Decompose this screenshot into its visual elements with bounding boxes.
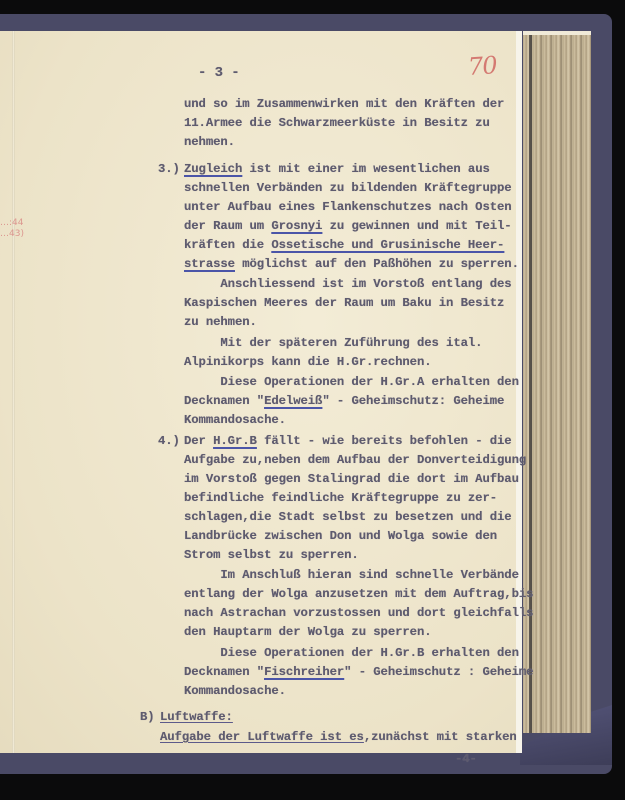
codename-edelweiss: Edelweiß [264, 394, 322, 408]
text: " - Geheimschutz: Geheime [322, 394, 504, 408]
item4-para3-line-1: Diese Operationen der H.Gr.B erhalten de… [184, 644, 519, 663]
text: Decknamen " [184, 665, 264, 679]
text: kräften die [184, 238, 271, 252]
margin-annotation: …:44 …43) [0, 218, 14, 240]
text: ist mit einer im wesentlichen aus [242, 162, 490, 176]
item4-line-6: Landbrücke zwischen Don und Wolga sowie … [184, 527, 497, 546]
page-edges-stack [523, 33, 591, 733]
item3-para2-line-3: zu nehmen. [184, 313, 257, 332]
intro-line-1: und so im Zusammenwirken mit den Kräften… [184, 95, 504, 114]
item3-para2-line-1: Anschliessend ist im Vorstoß entlang des [184, 275, 512, 294]
item3-line-2: schnellen Verbänden zu bildenden Kräfteg… [184, 179, 512, 198]
section-b-line-1: Aufgabe der Luftwaffe ist es,zunächst mi… [160, 728, 517, 747]
item4-para2-line-2: entlang der Wolga anzusetzen mit dem Auf… [184, 585, 533, 604]
continuation-marker: -4- [455, 750, 477, 769]
item4-line-7: Strom selbst zu sperren. [184, 546, 359, 565]
item4-para2-line-1: Im Anschluß hieran sind schnelle Verbänd… [184, 566, 519, 585]
section-b-label: B) [140, 708, 155, 727]
text: Decknamen " [184, 394, 264, 408]
section-b-title-text: Luftwaffe: [160, 710, 233, 724]
underlined-zugleich: Zugleich [184, 162, 242, 176]
item3-para4-line-1: Diese Operationen der H.Gr.A erhalten de… [184, 373, 519, 392]
item4-line-3: im Vorstoß gegen Stalingrad die dort im … [184, 470, 519, 489]
page-edges-top [523, 31, 591, 35]
item3-para3-line-2: Alpinikorps kann die H.Gr.rechnen. [184, 353, 432, 372]
item3-para2-line-2: Kaspischen Meeres der Raum um Baku in Be… [184, 294, 504, 313]
item3-number: 3.) [158, 160, 180, 179]
text: " - Geheimschutz : Geheime [344, 665, 533, 679]
item4-para2-line-3: nach Astrachan vorzustossen und dort gle… [184, 604, 533, 623]
item4-line-2: Aufgabe zu,neben dem Aufbau der Donverte… [184, 451, 526, 470]
text: der Raum um [184, 219, 271, 233]
page-header: - 3 - [198, 64, 240, 83]
item4-line-4: befindliche feindliche Kräftegruppe zu z… [184, 489, 497, 508]
item4-para3-line-2: Decknamen "Fischreiher" - Geheimschutz :… [184, 663, 533, 682]
item3-line-1: Zugleich ist mit einer im wesentlichen a… [184, 160, 490, 179]
text: Der [184, 434, 213, 448]
underlined-hgrb: H.Gr.B [213, 434, 257, 448]
text: zu gewinnen und mit Teil- [322, 219, 511, 233]
page-gutter [12, 31, 15, 753]
handwritten-folio-number: 70 [467, 51, 497, 81]
item3-line-4: der Raum um Grosnyi zu gewinnen und mit … [184, 217, 512, 236]
text: möglichst auf den Paßhöhen zu sperren. [235, 257, 519, 271]
intro-line-2: 11.Armee die Schwarzmeerküste in Besitz … [184, 114, 490, 133]
item3-para4-line-3: Kommandosache. [184, 411, 286, 430]
item4-line-5: schlagen,die Stadt selbst zu besetzen un… [184, 508, 512, 527]
intro-line-3: nehmen. [184, 133, 235, 152]
item3-para4-line-2: Decknamen "Edelweiß" - Geheimschutz: Geh… [184, 392, 504, 411]
codename-fischreiher: Fischreiher [264, 665, 344, 679]
item4-number: 4.) [158, 432, 180, 451]
section-b-title: Luftwaffe: [160, 708, 233, 727]
item3-line-3: unter Aufbau eines Flankenschutzes nach … [184, 198, 512, 217]
underlined-heerstrasse: Ossetische und Grusinische Heer- [271, 238, 504, 252]
underlined-grosnyi: Grosnyi [271, 219, 322, 233]
text: ,zunächst mit starken [364, 730, 517, 744]
underlined-strasse: strasse [184, 257, 235, 271]
item3-line-6: strasse möglichst auf den Paßhöhen zu sp… [184, 255, 519, 274]
item3-line-5: kräften die Ossetische und Grusinische H… [184, 236, 504, 255]
text: fällt - wie bereits befohlen - die [257, 434, 512, 448]
item4-para2-line-4: den Hauptarm der Wolga zu sperren. [184, 623, 432, 642]
item3-para3-line-1: Mit der späteren Zuführung des ital. [184, 334, 482, 353]
underlined-aufgabe-der-luftwaffe: Aufgabe der Luftwaffe ist es [160, 730, 364, 744]
item4-line-1: Der H.Gr.B fällt - wie bereits befohlen … [184, 432, 512, 451]
item4-para3-line-3: Kommandosache. [184, 682, 286, 701]
